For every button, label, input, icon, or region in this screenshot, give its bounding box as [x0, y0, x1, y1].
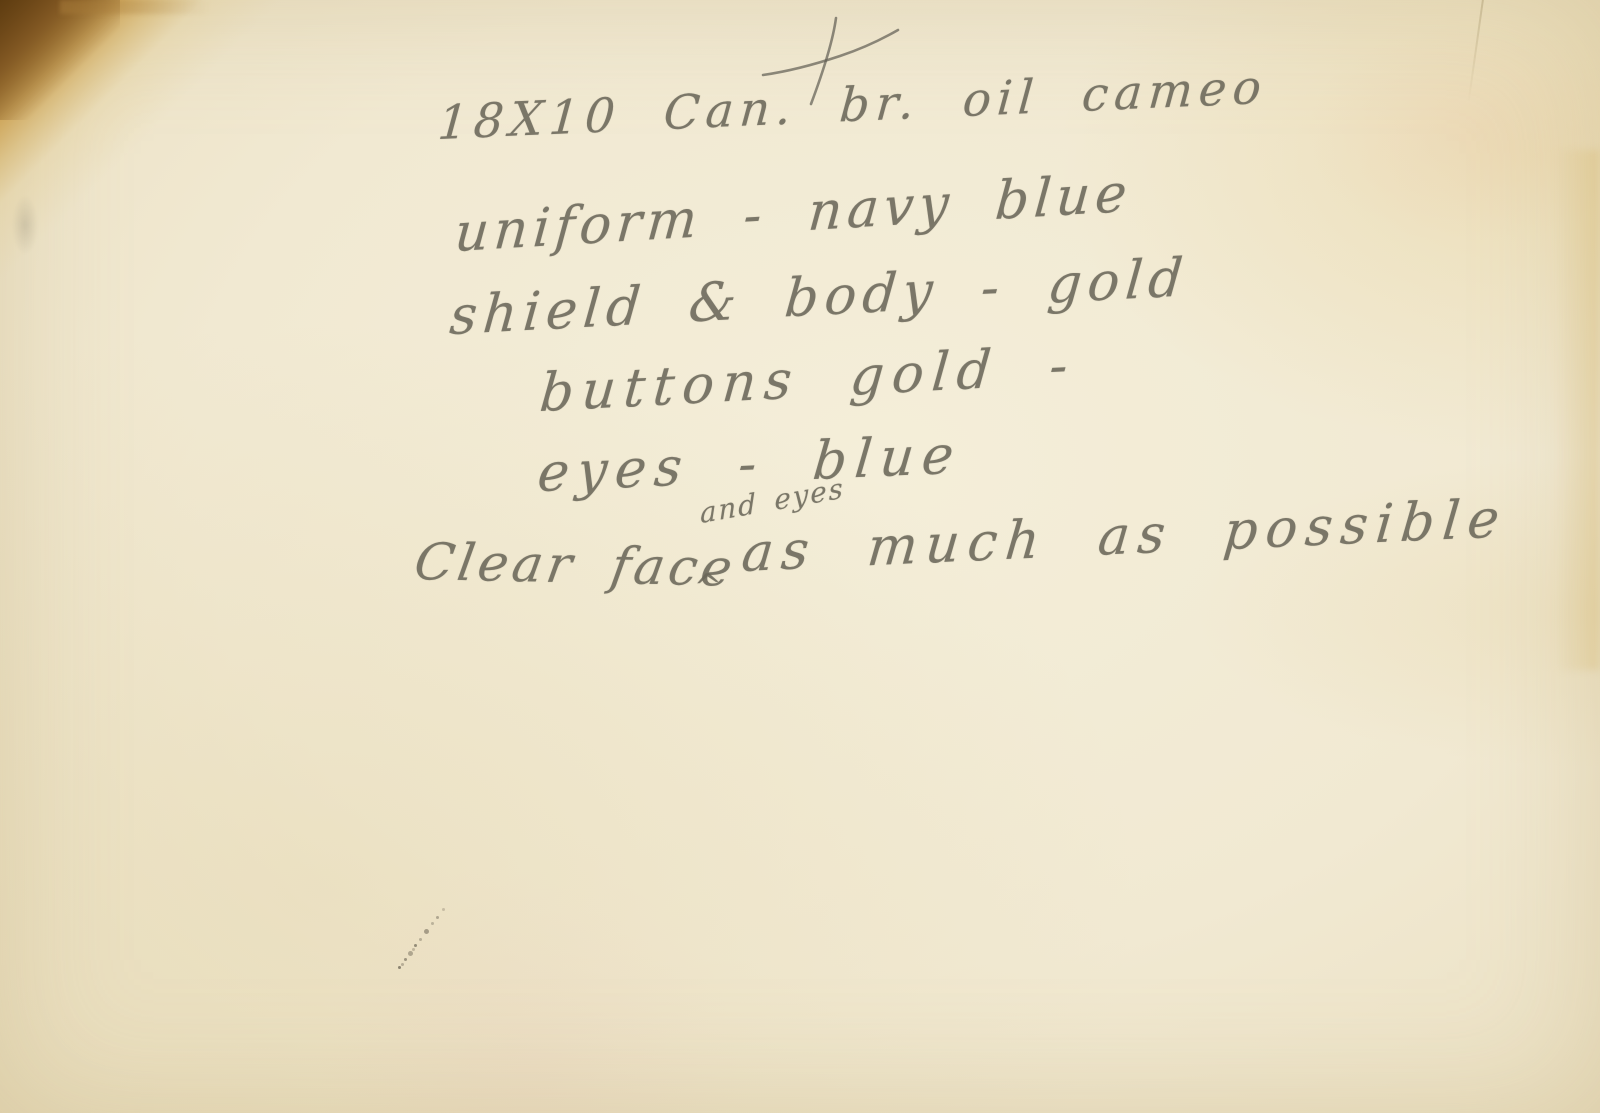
pencil-smudge	[398, 966, 401, 969]
photo-back-sheet: 18X10 Can. br. oil cameo uniform - navy …	[0, 0, 1600, 1113]
left-edge-smudge	[12, 195, 38, 255]
insertion-caret: ^	[693, 566, 724, 608]
corner-stain-dark	[0, 0, 120, 120]
note-line-clearface-before: Clear face	[410, 533, 740, 599]
top-edge-streak	[60, 0, 210, 14]
right-edge-stain	[1554, 150, 1600, 670]
note-line-uniform: uniform - navy blue	[453, 163, 1135, 265]
note-line-clearface-after: as much as possible	[739, 488, 1510, 584]
note-line-buttons: buttons gold -	[537, 335, 1078, 424]
crease-line	[1467, 0, 1484, 104]
note-line-shield: shield & body - gold	[447, 247, 1191, 347]
